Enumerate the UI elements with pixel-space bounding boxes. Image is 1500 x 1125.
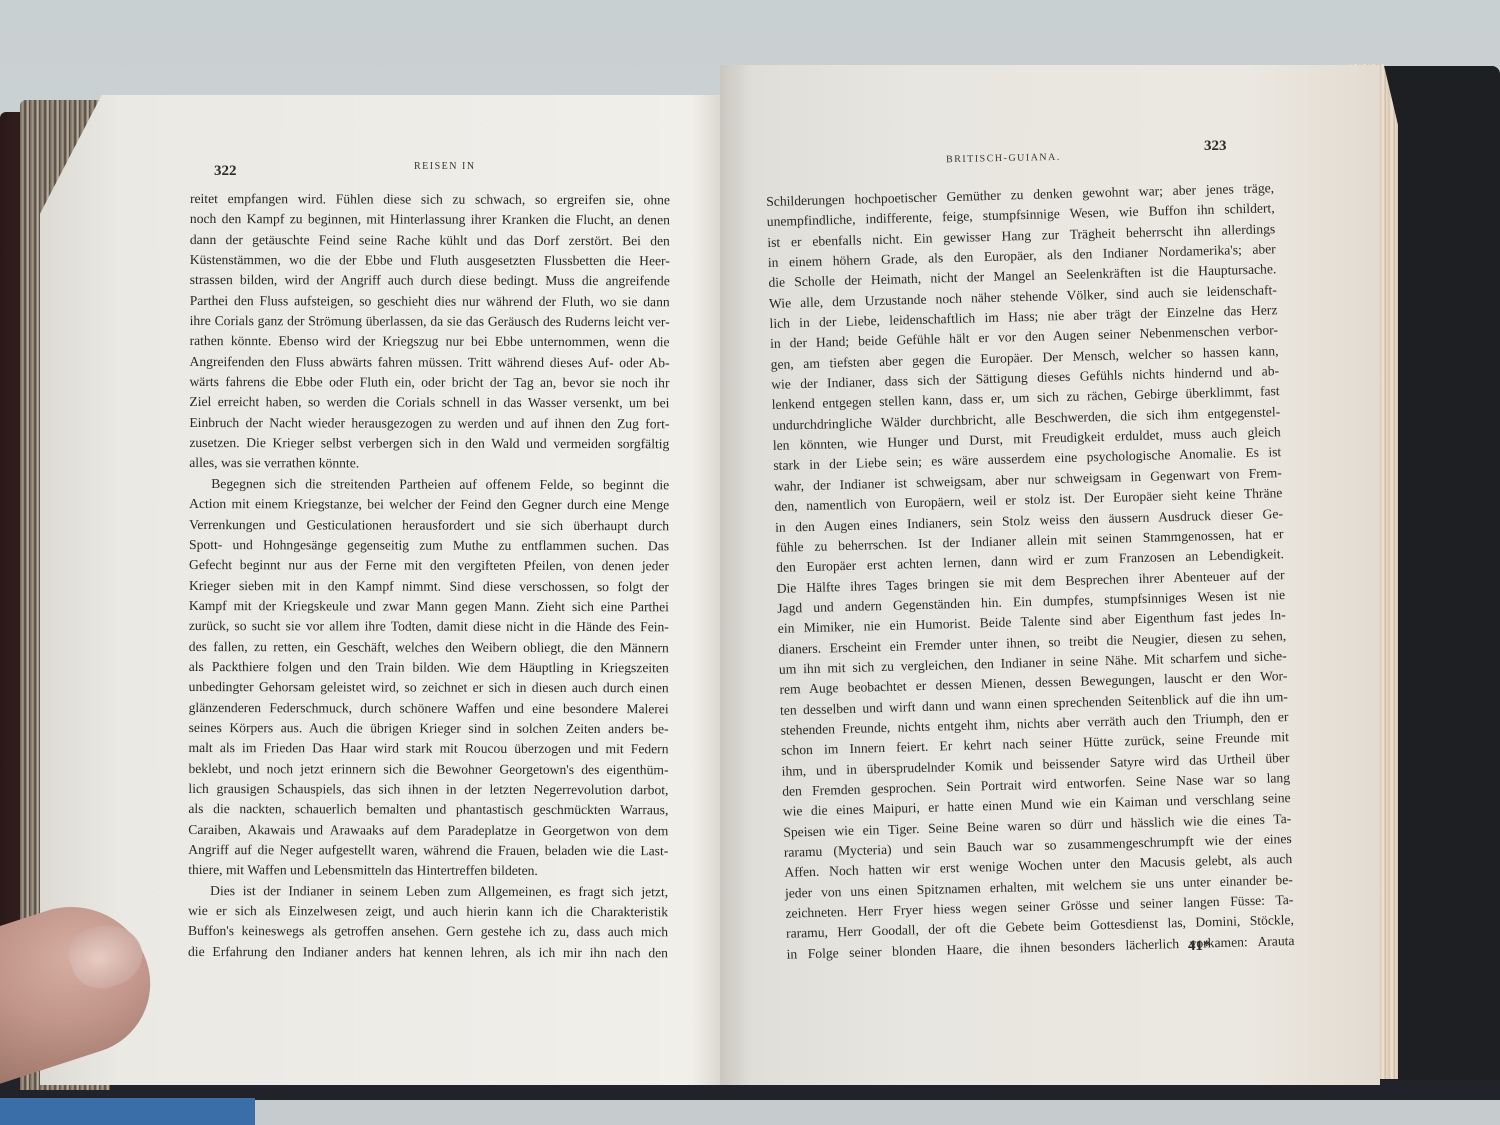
text-line: ihre Corials ganz der Strömung überlasse… (190, 311, 670, 333)
text-line: Küstenstämmen, wo die der Ebbe und Fluth… (190, 250, 670, 272)
page-number: 322 (214, 163, 237, 180)
signature-mark: 41* (1188, 938, 1211, 955)
text-line: Parthei den Fluss aufsteigen, so geschie… (190, 291, 670, 313)
running-head: BRITISCH-GUIANA. (946, 152, 1061, 165)
text-line: dann der getäuschte Feind seine Rache kü… (190, 230, 670, 252)
text-line: beklebt, und noch jetzt erinnern sich di… (188, 759, 668, 781)
text-line: Kampf mit der Kriegskeule und zwar Mann … (189, 596, 669, 618)
text-line: die Erfahrung den Indianer anders hat ke… (188, 942, 668, 964)
text-line: Spott- und Hohngesänge gegenseitig zum M… (189, 535, 669, 557)
text-line: wärts fahrens die Ebbe oder Fluth ein, o… (189, 372, 669, 394)
text-line: reitet empfangen wird. Fühlen diese sich… (190, 189, 670, 211)
text-line: malt als im Frieden Das Haar wird stark … (189, 738, 669, 760)
text-line: alles, was sie verrathen könnte. (189, 453, 669, 475)
text-line: Krieger sieben mit in den Kampf nimmt. S… (189, 576, 669, 598)
text-line: seines Körpers aus. Auch die übrigen Kri… (189, 718, 669, 740)
text-line: als die nackten, schauerlich bemalten un… (188, 799, 668, 821)
running-head: REISEN IN (414, 161, 476, 172)
text-line: lich grausigen Schauspiels, das sich ihn… (188, 779, 668, 801)
text-line: Ziel erreicht haben, so werden die Coria… (189, 392, 669, 414)
text-line: wie er sich als Einzelwesen zeigt, und a… (188, 901, 668, 923)
text-line: Gefecht beginnt nur aus der Ferne mit de… (189, 555, 669, 577)
text-line: thiere, mit Waffen und Lebensmitteln das… (188, 860, 668, 882)
text-line: Buffon's keineswegs als getroffen ansehe… (188, 921, 668, 943)
text-line: strassen bilden, wird der Angriff auch d… (190, 270, 670, 292)
text-line: Angreifenden den Fluss abwärts fahren mü… (190, 352, 670, 374)
text-line: Verrenkungen und Gesticulationen herausf… (189, 514, 669, 536)
text-line: zusetzen. Die Krieger selbst verbergen s… (189, 433, 669, 455)
text-line: rathen könnte. Ebenso wird der Kriegszug… (190, 331, 670, 353)
text-line: Caraiben, Akawais und Arawaaks auf dem P… (188, 820, 668, 842)
left-page: 322 REISEN IN reitet empfangen wird. Füh… (40, 95, 725, 1085)
blue-object (0, 1098, 255, 1125)
text-line: des fallen, zu retten, ein Geschäft, wel… (189, 637, 669, 659)
page-number: 323 (1204, 138, 1227, 155)
right-page: 323 BRITISCH-GUIANA. Schilderungen hochp… (720, 65, 1380, 1085)
text-line: glänzenderen Federschmuck, durch schöner… (189, 698, 669, 720)
text-line: Einbruch der Nacht wieder herausgezogen … (189, 413, 669, 435)
text-line: Begegnen sich die streitenden Partheien … (189, 474, 669, 496)
text-line: unbedingter Gehorsam geleistet wird, so … (189, 677, 669, 699)
text-line: Dies ist der Indianer in seinem Leben zu… (188, 881, 668, 903)
text-line: als Packthiere folgen und den Train bild… (189, 657, 669, 679)
text-line: Angriff auf die Neger aufgestellt waren,… (188, 840, 668, 862)
body-text: Schilderungen hochpoetischer Gemüther zu… (766, 178, 1295, 965)
text-line: Action mit einem Kriegstanze, bei welche… (189, 494, 669, 516)
text-line: noch den Kampf zu beginnen, mit Hinterla… (190, 209, 670, 231)
body-text: reitet empfangen wird. Fühlen diese sich… (188, 189, 670, 963)
text-line: zurück, so sucht sie vor allem ihre Todt… (189, 616, 669, 638)
